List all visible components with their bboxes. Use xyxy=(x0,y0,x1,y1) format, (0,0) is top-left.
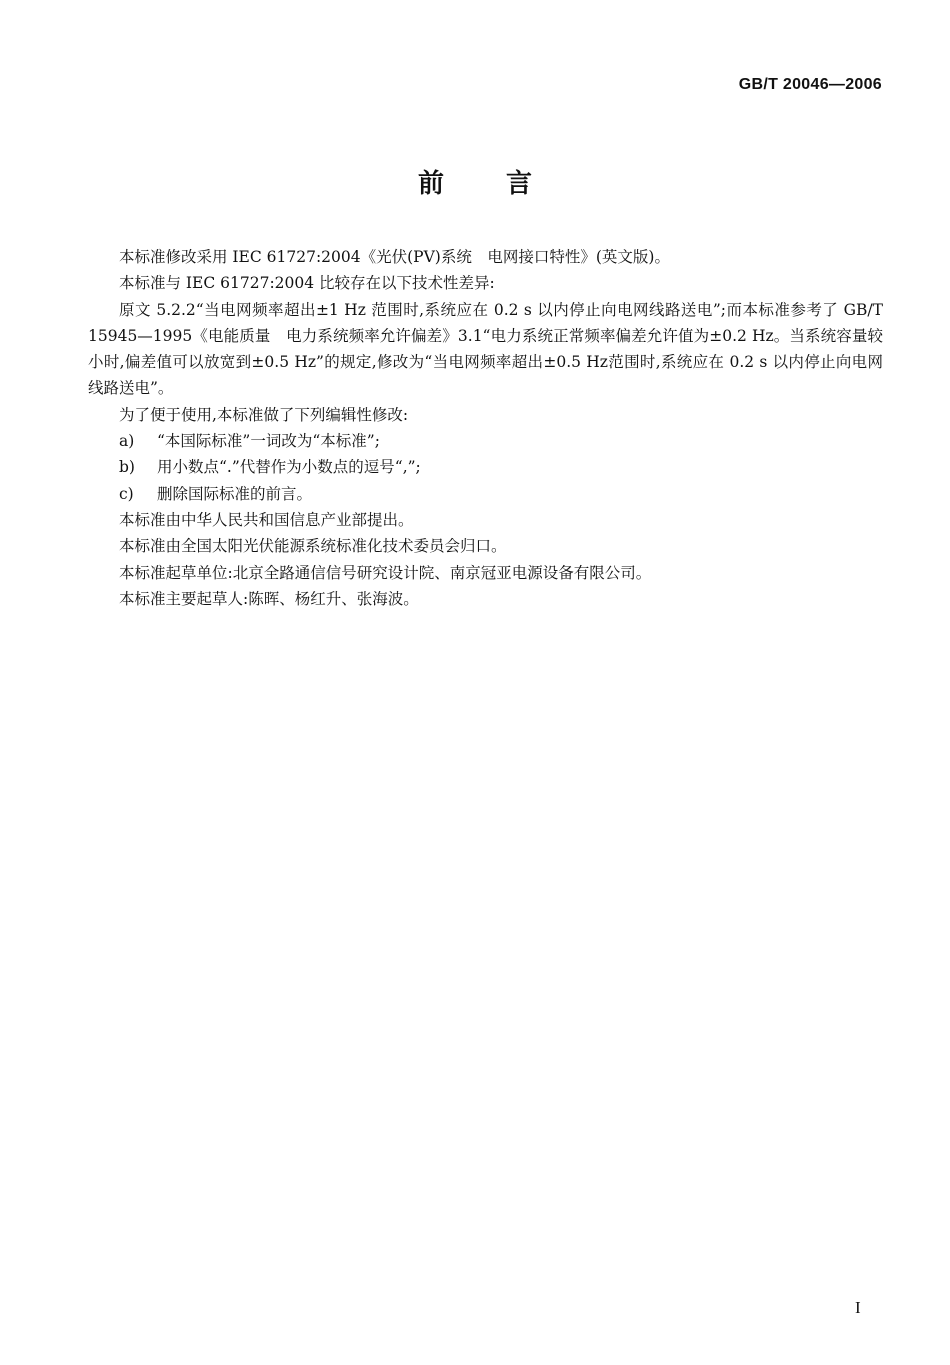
paragraph-drafting-units: 本标准起草单位:北京全路通信信号研究设计院、南京冠亚电源设备有限公司。 xyxy=(88,560,883,586)
paragraph-proposer: 本标准由中华人民共和国信息产业部提出。 xyxy=(88,507,883,533)
list-marker: b) xyxy=(119,454,157,480)
list-text: “本国际标准”一词改为“本标准”; xyxy=(157,432,380,450)
list-text: 删除国际标准的前言。 xyxy=(157,485,312,503)
list-text: 用小数点“.”代替作为小数点的逗号“,”; xyxy=(157,458,421,476)
paragraph-frequency-difference: 原文 5.2.2“当电网频率超出±1 Hz 范围时,系统应在 0.2 s 以内停… xyxy=(88,297,883,402)
standard-code: GB/T 20046—2006 xyxy=(739,76,882,94)
paragraph-drafters: 本标准主要起草人:陈晖、杨红升、张海波。 xyxy=(88,586,883,612)
paragraph-committee: 本标准由全国太阳光伏能源系统标准化技术委员会归口。 xyxy=(88,533,883,559)
paragraph-adoption: 本标准修改采用 IEC 61727:2004《光伏(PV)系统 电网接口特性》(… xyxy=(88,244,883,270)
paragraph-differences-intro: 本标准与 IEC 61727:2004 比较存在以下技术性差异: xyxy=(88,270,883,296)
paragraph-edits-intro: 为了便于使用,本标准做了下列编辑性修改: xyxy=(88,402,883,428)
edit-item-a: a)“本国际标准”一词改为“本标准”; xyxy=(88,428,883,454)
edit-item-b: b)用小数点“.”代替作为小数点的逗号“,”; xyxy=(88,454,883,480)
page-number: I xyxy=(855,1298,861,1318)
title-part-1: 前 xyxy=(418,163,444,200)
edit-item-c: c)删除国际标准的前言。 xyxy=(88,481,883,507)
title-part-2: 言 xyxy=(506,163,532,200)
foreword-body: 本标准修改采用 IEC 61727:2004《光伏(PV)系统 电网接口特性》(… xyxy=(88,244,883,612)
list-marker: c) xyxy=(119,481,157,507)
list-marker: a) xyxy=(119,428,157,454)
page-title: 前言 xyxy=(0,163,950,200)
